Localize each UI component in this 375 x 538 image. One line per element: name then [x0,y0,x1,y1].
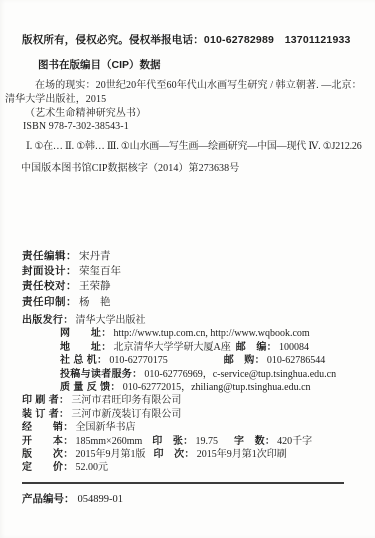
copyright-notice: 版权所有，侵权必究。侵权举报电话：010-62782989 1370112193… [22,32,351,47]
publishing-cell: 网 址：http://www.tup.com.cn, http://www.wq… [60,327,310,340]
publishing-row: 版 次：2015年9月第1版印 次：2015年9月第1次印刷 [22,448,371,461]
publishing-label: 印 刷 者： [22,395,69,406]
publishing-cell: 邮 编：100084 [236,341,309,354]
staff-row: 封面设计：荣玺百年 [22,264,121,279]
cip-classification: Ⅰ. ①在… Ⅱ. ①韩… Ⅲ. ①山水画—写生画—绘画研究—中国—现代 Ⅳ. … [5,140,369,154]
publishing-value: 100084 [279,342,309,353]
publishing-label: 经 销： [22,422,74,433]
publishing-row: 装 订 者：三河市新茂装订有限公司 [22,408,371,421]
publishing-row: 开 本：185mm×260mm印 张：19.75字 数：420千字 [22,435,371,448]
publishing-label: 定 价： [22,462,74,473]
staff-person-name: 杨 艳 [79,297,111,308]
publishing-row: 经 销：全国新华书店 [22,421,371,434]
publishing-value: 52.00元 [76,462,109,473]
staff-row: 责任印制：杨 艳 [22,295,121,310]
staff-role-label: 责任编辑： [22,250,77,262]
publishing-label: 邮 编： [236,342,277,353]
publishing-label: 字 数： [234,436,275,447]
staff-row: 责任编辑：宋丹青 [22,249,121,264]
publishing-cell: 字 数：420千字 [234,435,312,448]
publishing-row: 地 址：北京清华大学学研大厦A座邮 编：100084 [22,341,371,354]
staff-person-name: 荣玺百年 [79,266,121,277]
publishing-value: 三河市新茂装订有限公司 [71,409,181,420]
publishing-cell: 出版发行：清华大学出版社 [22,314,146,327]
publishing-label: 印 张： [152,436,193,447]
cip-isbn: ISBN 978-7-302-38543-1 [5,120,369,134]
publishing-value: 010-62772015，zhiliang@tup.tsinghua.edu.c… [123,382,311,393]
publishing-label: 地 址： [60,342,112,353]
publishing-cell: 装 订 者：三河市新茂装订有限公司 [22,408,181,421]
publishing-value: 2015年9月第1版 [76,449,146,460]
publishing-row: 质 量 反 馈：010-62772015，zhiliang@tup.tsingh… [22,381,371,394]
cip-heading: 图书在版编目（CIP）数据 [38,57,161,72]
copyright-page: 版权所有，侵权必究。侵权举报电话：010-62782989 1370112193… [0,0,375,538]
publishing-value: 清华大学出版社 [76,315,146,326]
publishing-cell: 定 价：52.00元 [22,461,108,474]
staff-role-label: 封面设计： [22,265,77,277]
cip-title-line2: 清华大学出版社，2015 [5,93,369,107]
publishing-value: 010-62786544 [267,355,325,366]
product-number-label: 产品编号： [22,493,75,505]
publishing-value: 010-62770175 [109,355,167,366]
publishing-label: 网 址： [60,328,112,339]
staff-person-name: 王荣静 [79,281,111,292]
staff-role-label: 责任印制： [22,296,77,308]
publishing-cell: 经 销：全国新华书店 [22,421,136,434]
publishing-value: 全国新华书店 [76,422,136,433]
publishing-cell: 印 刷 者：三河市君旺印务有限公司 [22,394,181,407]
publishing-row: 印 刷 者：三河市君旺印务有限公司 [22,394,371,407]
publishing-label: 印 次： [154,449,195,460]
publishing-row: 投稿与读者服务：010-62776969，c-service@tup.tsing… [22,368,371,381]
publishing-cell: 地 址：北京清华大学学研大厦A座 [60,341,231,354]
product-number-value: 054899-01 [78,494,124,505]
publishing-cell: 质 量 反 馈：010-62772015，zhiliang@tup.tsingh… [60,381,311,394]
publishing-label: 开 本： [22,436,74,447]
publishing-value: 三河市君旺印务有限公司 [71,395,181,406]
staff-block: 责任编辑：宋丹青封面设计：荣玺百年责任校对：王荣静责任印制：杨 艳 [22,249,121,310]
publishing-label: 质 量 反 馈： [60,382,121,393]
publishing-label: 出版发行： [22,315,74,326]
staff-row: 责任校对：王荣静 [22,279,121,294]
publishing-cell: 投稿与读者服务：010-62776969，c-service@tup.tsing… [60,368,336,381]
publishing-cell: 印 次：2015年9月第1次印刷 [154,448,287,461]
publishing-label: 装 订 者： [22,409,69,420]
publishing-label: 社 总 机： [60,355,107,366]
publishing-value: 420千字 [277,436,312,447]
staff-role-label: 责任校对： [22,280,77,292]
publishing-row: 出版发行：清华大学出版社 [22,314,371,327]
publishing-value: 19.75 [195,436,218,447]
cip-record-number: 中国版本图书馆CIP数据核字（2014）第273638号 [5,162,369,176]
staff-person-name: 宋丹青 [79,251,111,262]
publishing-value: 北京清华大学学研大厦A座 [114,342,231,353]
cip-data-block: 在场的现实：20世纪20年代至60年代山水画写生研究 / 韩立朝著. —北京： … [5,79,369,176]
publishing-value: 010-62776969，c-service@tup.tsinghua.edu.… [144,369,336,380]
publishing-cell: 邮 购：010-62786544 [224,354,326,367]
publishing-cell: 印 张：19.75 [152,435,218,448]
product-number-line: 产品编号：054899-01 [22,491,123,506]
publishing-cell: 版 次：2015年9月第1版 [22,448,146,461]
publishing-row: 社 总 机：010-62770175邮 购：010-62786544 [22,354,371,367]
publishing-row: 定 价：52.00元 [22,461,371,474]
publishing-label: 投稿与读者服务： [60,369,142,380]
publishing-label: 版 次： [22,449,74,460]
publishing-value: 2015年9月第1次印刷 [197,449,287,460]
footer-divider [22,482,344,484]
publishing-value: http://www.tup.com.cn, http://www.wqbook… [114,328,310,339]
publishing-label: 邮 购： [224,355,265,366]
publishing-value: 185mm×260mm [76,436,143,447]
publishing-cell: 开 本：185mm×260mm [22,435,142,448]
publishing-cell: 社 总 机：010-62770175 [60,354,168,367]
publishing-info-block: 出版发行：清华大学出版社网 址：http://www.tup.com.cn, h… [22,314,371,475]
publishing-row: 网 址：http://www.tup.com.cn, http://www.wq… [22,327,371,340]
cip-series: （艺术生命精神研究丛书） [5,107,369,121]
cip-title-line1: 在场的现实：20世纪20年代至60年代山水画写生研究 / 韩立朝著. —北京： [5,79,369,93]
